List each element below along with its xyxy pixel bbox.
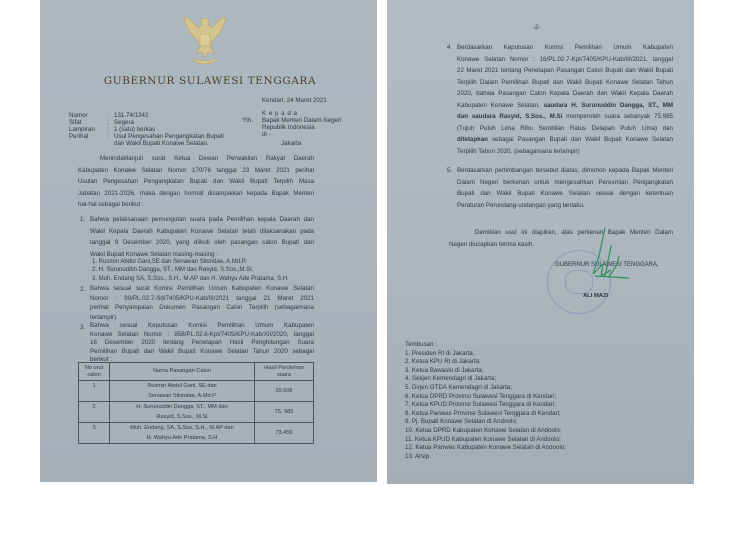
text-span: sebagai Pasangan Bupati dan Wakil Bupati… — [492, 136, 673, 143]
point-5-paragraph: Berdasarkan pertimbangan tersebut diatas… — [457, 165, 673, 211]
candidate-list: 1. Rusmin Abdul Gani,SE dan Senawan Silo… — [92, 258, 289, 283]
addressee-city: Jakarta — [281, 140, 301, 148]
table-header-row: No urut calon Nama Pasangan Calon Hasil … — [79, 363, 314, 381]
text-line: Bahwa sesuai surat Komisi Pemilihan Umum… — [90, 284, 314, 294]
letter-page-1: GUBERNUR SULAWESI TENGGARA Kendari, 24 M… — [40, 0, 377, 482]
cell-no: 2 — [79, 402, 110, 423]
cc-item: 6. Ketua DPRD Provinsi Sulawesi Tenggara… — [405, 393, 566, 402]
text-line: perihal Penyampaian Dokumen Pasangan Cal… — [90, 303, 314, 313]
text-line: terlampir). — [90, 313, 314, 323]
cell-name: H. Surunuddin Dangga, ST., MM dan Rasyid… — [110, 402, 255, 423]
table-row: 1 Rusmin Abdul Gani, SE dan Senawan Silo… — [79, 381, 314, 402]
cell-name-line: Rasyid, S.Sos., M.Si — [112, 412, 252, 422]
cc-item: 13. Arsip. — [405, 453, 566, 462]
candidate-item: 1. Rusmin Abdul Gani,SE dan Senawan Silo… — [92, 258, 289, 266]
cc-item: 5. Dirjen OTDA Kemendagri di Jakarta; — [405, 384, 566, 393]
text-line: Terpilih Dalam Pemilihan Bupati dan Waki… — [457, 77, 673, 89]
cell-name-line: Muh. Endang, SA, S.Sos, S.H., M.AP dan — [112, 423, 252, 433]
meta-value-perihal-2: dan Wakil Bupati Konawe Selatan. — [114, 140, 209, 148]
cc-title: Tembusan : — [405, 341, 566, 350]
cc-list: Tembusan : 1. Presiden RI di Jakarta; 2.… — [405, 341, 566, 461]
page-number: -2- — [533, 24, 541, 32]
text-line: Jabatan 2021-2026, maka dengan hormat di… — [78, 188, 314, 200]
cc-item: 4. Sekjen Kemendagri di Jakarta; — [405, 375, 566, 384]
text-bold: ditetapkan — [457, 136, 488, 143]
text-line: Menindaklanjuti surat Ketua Dewan Perwak… — [78, 153, 314, 165]
text-line: Dalam Negeri berkenan untuk mengesahkan … — [457, 177, 673, 189]
text-line: 22 Maret 2021 tentang Penetapan Pasangan… — [457, 65, 673, 77]
cell-votes: 20.606 — [255, 381, 314, 402]
cell-name-line: Rusmin Abdul Gani, SE dan — [112, 381, 252, 391]
text-span: memperoleh suara sebanyak 75.985 — [566, 113, 673, 120]
table-row: 3 Muh. Endang, SA, S.Sos, S.H., M.AP dan… — [79, 423, 314, 444]
text-line: Bahwa sesuai Keputusan Komisi Pemilihan … — [90, 322, 314, 331]
cc-item: 12. Ketua Panwas Kabupaten Konawe Selata… — [405, 444, 566, 453]
elected-pair-bold: dan saudara Rasyid, S.Sos., M.Si — [457, 113, 562, 120]
header-votes: Hasil Perolehan suara — [255, 363, 314, 381]
cell-name-line: H. Surunuddin Dangga, ST., MM dan — [112, 402, 252, 412]
meta-label-perihal: Perihal — [69, 133, 88, 141]
text-line: 16 Desember 2020 tentang Penetapan Hasil… — [90, 339, 314, 348]
point-number: 5. — [447, 165, 452, 177]
text-line: tanggal 9 Desember 2020, yang diikuti ol… — [90, 237, 314, 249]
garuda-emblem-icon — [180, 12, 230, 67]
signatory-name: ALI MAZI — [583, 292, 608, 300]
letterhead-title: GUBERNUR SULAWESI TENGGARA — [95, 75, 325, 87]
cc-item: 3. Ketua Bawaslu di Jakarta; — [405, 367, 566, 376]
header-name: Nama Pasangan Calon — [110, 363, 255, 381]
text-line: dan saudara Rasyid, S.Sos., M.Si mempero… — [457, 111, 673, 123]
text-span: Kabupaten Konawe Selatan, — [457, 102, 540, 109]
candidate-item: 3. Muh. Endang SA, S.Sos., S.H., M.AP da… — [92, 275, 289, 283]
cell-no: 1 — [79, 381, 110, 402]
text-line: Terpilih Tahun 2020. (sebagamana terlamp… — [457, 146, 673, 158]
point-number: 3. — [80, 322, 85, 334]
cell-name-line: H. Wahyu Ade Pratama, S.H — [112, 433, 252, 443]
header-no: No urut calon — [79, 363, 110, 381]
handwritten-signature-icon — [575, 226, 635, 296]
cell-name-line: Senawan Silondae, A.Md.P — [112, 391, 252, 401]
text-line: Pemilihan Bupati dan Wakil Bupati Konawe… — [90, 348, 314, 357]
text-line: Negeri diucapkan terima kasih. — [449, 239, 673, 251]
text-line: (Tujuh Puluh Lima Ribu Sembilan Ratus De… — [457, 123, 673, 135]
text-line: Nomor : 90/PL.02.7-Sd/7405/KPU-Kab/III/2… — [90, 294, 314, 304]
cell-votes: 75. 985 — [255, 402, 314, 423]
cell-votes: 73.459 — [255, 423, 314, 444]
point-number: 1. — [80, 214, 85, 226]
text-line: Peraturan Perundang-undangan yang berlak… — [457, 200, 673, 212]
point-number: 2. — [80, 284, 85, 296]
meta-sep: : — [107, 133, 109, 141]
cc-item: 8. Ketua Panwas Provinsi Sulawesi Tengga… — [405, 410, 566, 419]
letter-page-2: -2- 4. Berdasarkan Keputusan Komisi Pemi… — [387, 0, 694, 484]
point-2-paragraph: Bahwa sesuai surat Komisi Pemilihan Umum… — [90, 284, 314, 322]
text-line: Demikian usul ini diajukan, atas perkena… — [449, 227, 673, 239]
point-3-paragraph: Bahwa sesuai Keputusan Komisi Pemilihan … — [90, 322, 314, 365]
intro-paragraph: Menindaklanjuti surat Ketua Dewan Perwak… — [78, 153, 314, 211]
cc-item: 9. Pj. Bupati Konawe Selatan di Andoolo; — [405, 418, 566, 427]
text-line: ditetapkan sebagai Pasangan Bupati dan W… — [457, 134, 673, 146]
text-line: Berdasarkan pertimbangan tersebut diatas… — [457, 165, 673, 177]
cc-item: 2. Ketua KPU RI di Jakarta; — [405, 358, 566, 367]
elected-pair-bold: saudara H. Surunuddin Dangga, ST., MM — [544, 102, 673, 109]
cc-item: 7. Ketua KPUD Provinsi Sulawesi Tenggara… — [405, 401, 566, 410]
text-line: Kabupaten Konawe Selatan, saudara H. Sur… — [457, 100, 673, 112]
text-line: Konawe Selatan Nomor : 16/PL.02.7-Kpt/74… — [457, 54, 673, 66]
candidate-item: 2. H. Surunuddin Dangga, ST., MM dan Ras… — [92, 266, 289, 274]
point-4-paragraph: Berdasarkan Keputusan Komisi Pemilihan U… — [457, 42, 673, 157]
vote-results-table: No urut calon Nama Pasangan Calon Hasil … — [78, 362, 314, 444]
place-date: Kendari, 24 Maret 2021 — [262, 97, 327, 105]
text-line: hal-hal sebagai berikut : — [78, 199, 314, 211]
text-line: Kabupaten Konawe Selatan Nomor 170/76 ta… — [78, 165, 314, 177]
cc-item: 11. Ketua KPUD Kabupaten Konawe Selatan … — [405, 436, 566, 445]
cell-name: Rusmin Abdul Gani, SE dan Senawan Silond… — [110, 381, 255, 402]
table-row: 2 H. Surunuddin Dangga, ST., MM dan Rasy… — [79, 402, 314, 423]
point-1-paragraph: Bahwa pelaksanaan pemungutan suara pada … — [90, 214, 314, 260]
cc-item: 10. Ketua DPRD Kabupaten Konawe Selatan … — [405, 427, 566, 436]
cc-item: 1. Presiden RI di Jakarta; — [405, 350, 566, 359]
text-line: Bupati dan Wakil Bupati Konawe Selatan s… — [457, 188, 673, 200]
text-line: Bahwa pelaksanaan pemungutan suara pada … — [90, 214, 314, 226]
closing-paragraph: Demikian usul ini diajukan, atas perkena… — [449, 227, 673, 250]
text-line: Wakil Kepala Daerah Kabupaten Konawe Sel… — [90, 226, 314, 238]
addressee-line: di - — [262, 131, 271, 139]
point-number: 4. — [447, 42, 452, 54]
text-line: 2020, bahwa Pasangan Calon Kepala Daerah… — [457, 88, 673, 100]
cell-no: 3 — [79, 423, 110, 444]
cell-name: Muh. Endang, SA, S.Sos, S.H., M.AP dan H… — [110, 423, 255, 444]
text-line: Usulan Pengesahan Pengangkatan Bupati da… — [78, 176, 314, 188]
addressee-prefix: Yth. — [242, 117, 253, 125]
text-line: Berdasarkan Keputusan Komisi Pemilihan U… — [457, 42, 673, 54]
text-line: Konawe Selatan Nomor : 858/PL.02.6-Kpt/7… — [90, 331, 314, 340]
